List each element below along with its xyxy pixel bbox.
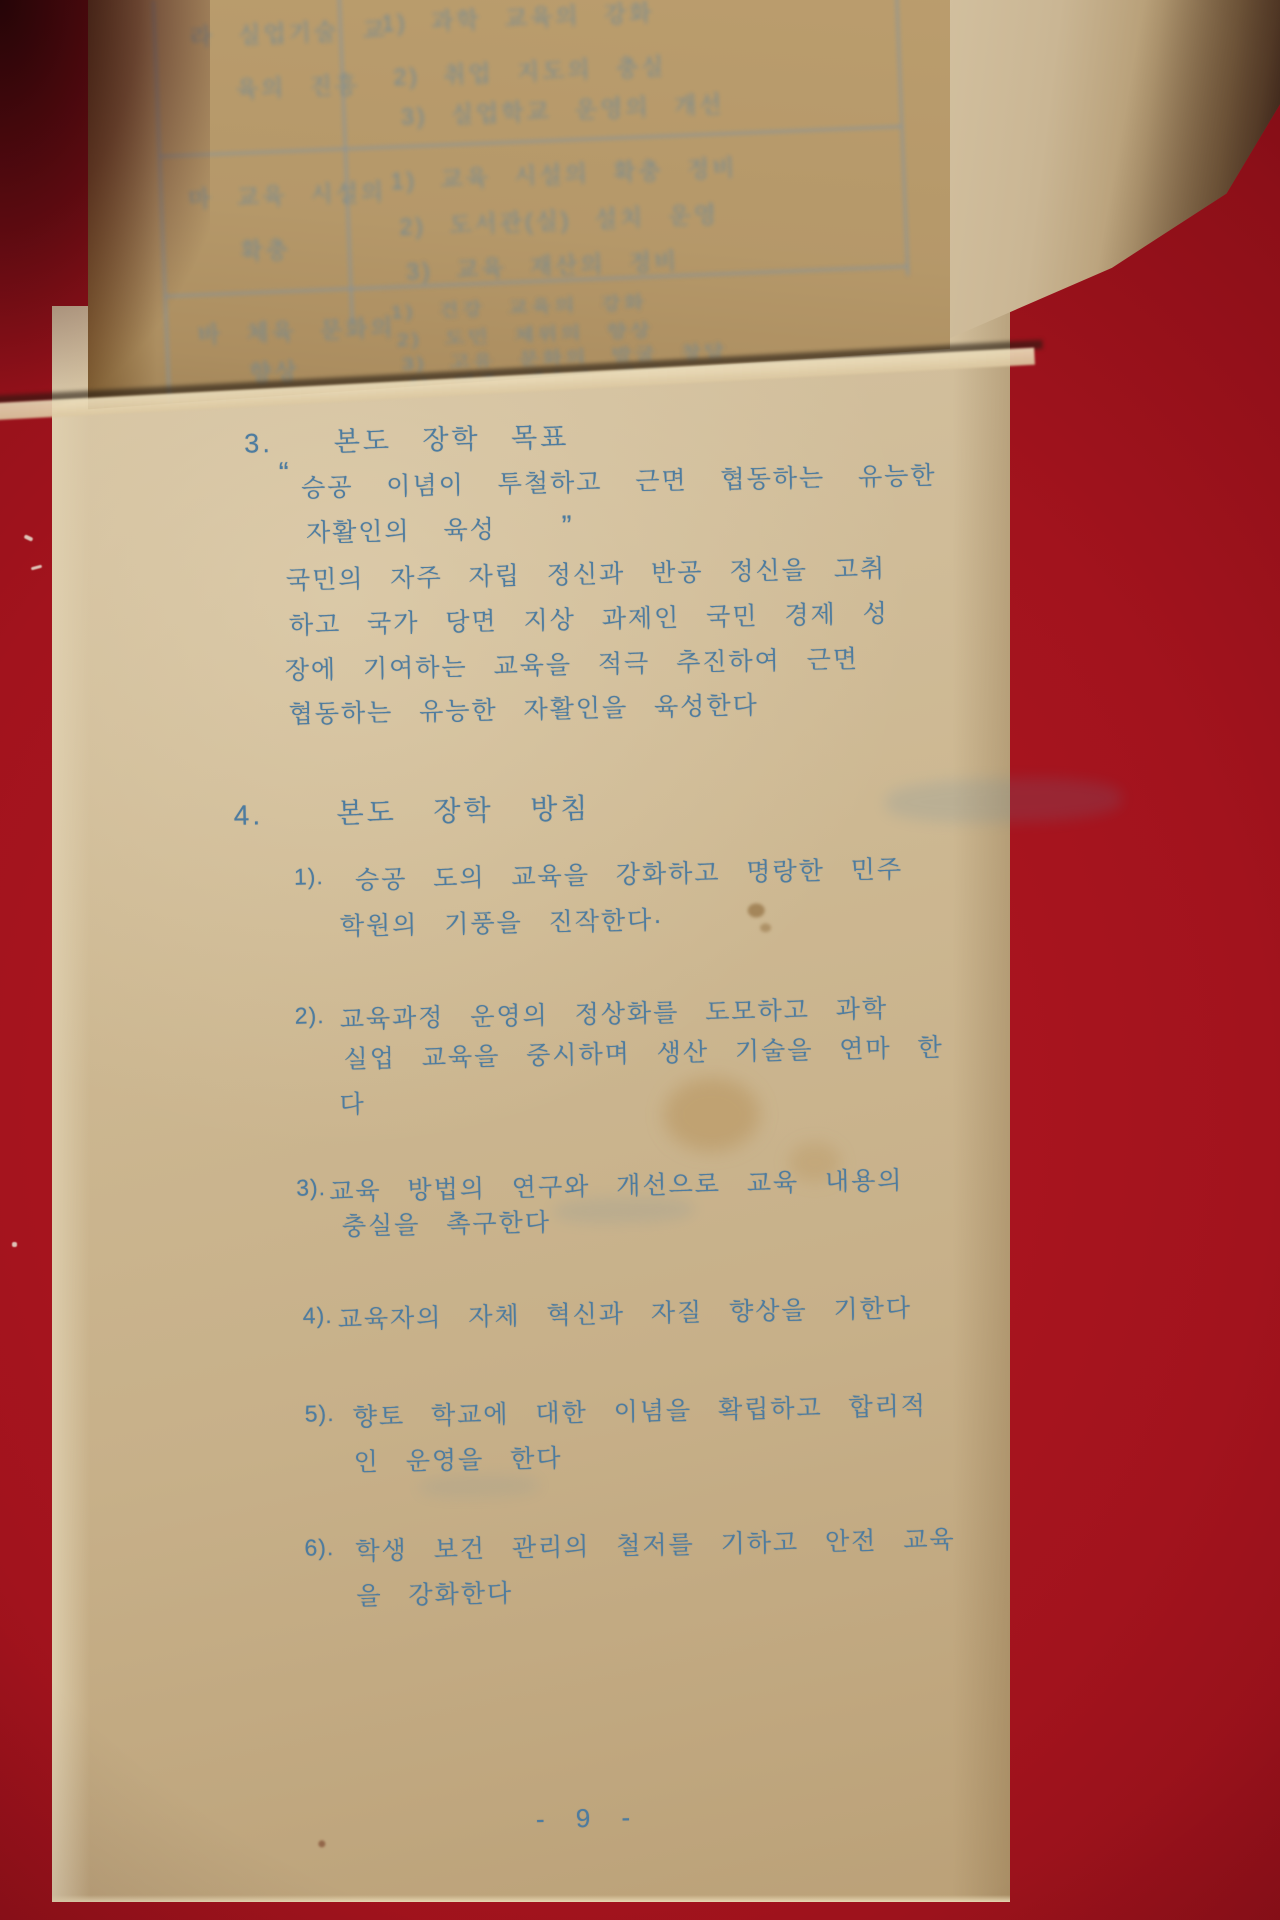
paper-stain [318,1840,325,1847]
item-number: 3). [296,1174,326,1202]
paper-stain [748,903,765,917]
corner-shadow [0,0,210,420]
quote-line: 자활인의 육성 ” [306,508,574,549]
table-row-border [158,126,902,158]
item-number: 1). [294,863,324,891]
quote-close-mark: ” [561,510,574,543]
paper-stain [663,1076,760,1152]
photo-of-booklet-page: { "colors": { "felt_red": "#9e141f", "pa… [0,0,1280,1920]
ink-ghost-mark [885,776,1122,825]
section-number: 3. [244,428,273,459]
item-line: 학생 보건 관리의 철저를 기하고 안전 교육 [355,1520,956,1568]
quote-open-mark: “ [279,457,290,491]
row-label-line: 육의 진흥 [235,66,360,104]
item-line: 을 강화한다 [356,1573,513,1612]
section-title: 본도 장학 목표 [333,422,569,457]
row-label-line: 확충 [240,231,292,266]
body-line: 국민의 자주 자립 정신과 반공 정신을 고취 [286,549,887,597]
section-4-heading: 4. 본도 장학 방침 [233,787,591,834]
item-line: 학원의 기풍을 진작한다· [340,900,664,942]
row-item: 2) 도서관(실) 설치 운영 [399,196,720,242]
ink-ghost-mark [419,1474,539,1498]
row-label-line: 마 교육 시설의 [188,173,387,214]
row-item: 1) 과학 교육의 강화 [381,0,655,38]
body-line: 장에 기여하는 교육을 적극 추진하여 근면 [284,639,859,687]
item-line: 인 운영을 한다 [353,1438,562,1478]
section-title: 본도 장학 방침 [336,793,590,829]
item-line: 충실을 촉구한다 [342,1203,552,1243]
quote-line-text: 자활인의 육성 [306,516,496,548]
body-line: 하고 국가 당면 지상 과제인 국민 경제 성 [289,594,890,642]
item-line: 교육자의 자체 혁신과 자질 향상을 기한다 [337,1288,912,1336]
page-number: - 9 - [536,1802,640,1835]
item-line: 실업 교육을 중시하며 생산 기술을 연마 한 [343,1028,944,1076]
item-line: 향토 학교에 대한 이념을 확립하고 합리적 [352,1386,927,1434]
item-number: 2). [294,1002,324,1030]
page-stack-edge [898,0,1280,372]
body-line: 협동하는 유능한 자활인을 육성한다 [288,685,759,730]
item-line: 교육과정 운영의 정상화를 도모하고 과학 [339,989,888,1036]
table-border-divider [338,0,353,323]
item-line: 승공 도의 교육을 강화하고 명랑한 민주 [355,850,904,897]
row-item: 1) 교육 시설의 확충 정비 [390,149,738,196]
section-3-heading: 3. 본도 장학 목표 [244,415,570,461]
table-border-right [895,0,909,275]
item-line: 교육 방법의 연구와 개선으로 교육 내용의 [329,1161,904,1209]
section-number: 4. [233,799,263,831]
paper-stain [760,923,771,932]
item-number: 6). [304,1534,334,1562]
quote-line: 승공 이념이 투철하고 근면 협동하는 유능한 [301,456,937,505]
row-label-line: 바 체육 문화의 [197,309,396,350]
row-item: 3) 실업학교 운영의 개선 [400,86,725,132]
page-content: 3. 본도 장학 목표 “ 승공 이념이 투철하고 근면 협동하는 유능한 자활… [36,297,1026,1912]
item-number: 5). [304,1400,334,1428]
felt-fiber-speck [24,534,34,541]
felt-fiber-speck [12,1242,17,1247]
row-item: 2) 취업 지도의 충실 [393,48,667,92]
current-page: 3. 본도 장학 목표 “ 승공 이념이 투철하고 근면 협동하는 유능한 자활… [52,306,1010,1902]
item-number: 4). [302,1302,332,1330]
row-item: 3) 교육 재산의 정비 [406,243,680,287]
item-line: 다 [339,1084,366,1121]
row-label-line: 라 실업기술 교 [189,11,388,52]
